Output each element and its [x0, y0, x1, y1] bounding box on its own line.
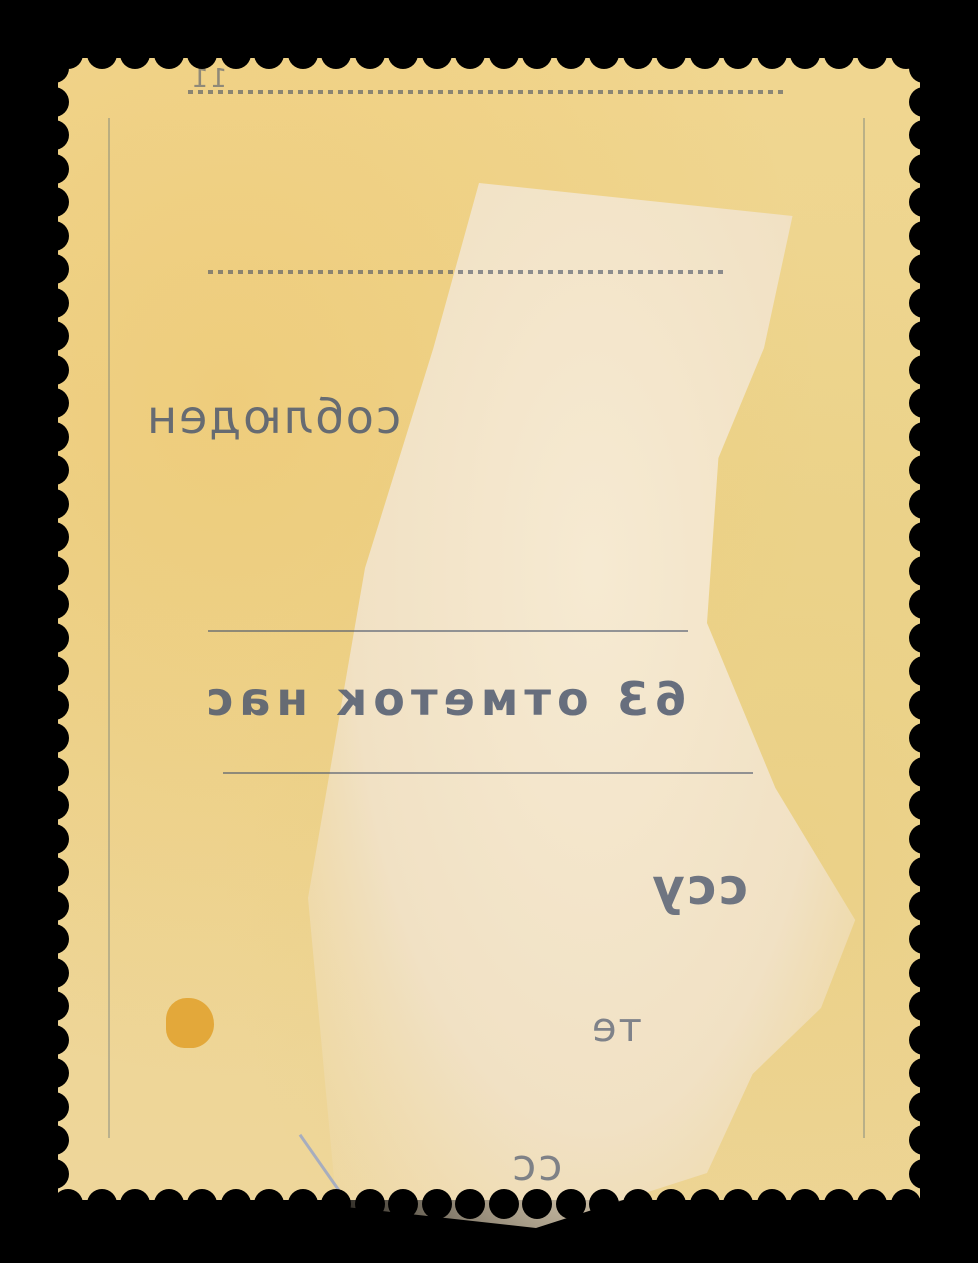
perforation-hole — [909, 556, 939, 586]
perforation-hole — [489, 39, 519, 69]
perforation-hole — [623, 1189, 653, 1219]
perforation-hole — [909, 1092, 939, 1122]
perforation-hole — [39, 723, 69, 753]
perforation-hole — [589, 1189, 619, 1219]
perforation-hole — [39, 623, 69, 653]
perforation-hole — [909, 288, 939, 318]
dotted-rule-upper — [208, 270, 728, 274]
perforation-hole — [39, 924, 69, 954]
perforation-hole — [909, 388, 939, 418]
perforation-hole — [39, 321, 69, 351]
perforation-hole — [656, 39, 686, 69]
mirrored-corner-number: 11 — [190, 64, 227, 94]
perforation-hole — [39, 422, 69, 452]
dotted-rule-top — [188, 90, 788, 94]
perforation-hole — [909, 87, 939, 117]
perforation-hole — [909, 221, 939, 251]
perforation-hole — [355, 1189, 385, 1219]
perforation-hole — [909, 254, 939, 284]
perforation-hole — [909, 991, 939, 1021]
perforation-hole — [39, 254, 69, 284]
perforation-hole — [909, 455, 939, 485]
perforation-hole — [909, 422, 939, 452]
perforation-hole — [909, 1025, 939, 1055]
perforation-hole — [154, 39, 184, 69]
perforation-hole — [221, 39, 251, 69]
perforation-hole — [909, 53, 939, 83]
perforation-hole — [909, 1125, 939, 1155]
perforation-hole — [154, 1189, 184, 1219]
perforation-hole — [623, 39, 653, 69]
perforation-hole — [891, 1189, 921, 1219]
perforation-hole — [39, 187, 69, 217]
perforation-hole — [455, 1189, 485, 1219]
perforation-hole — [388, 1189, 418, 1219]
perforation-hole — [39, 489, 69, 519]
mirrored-text-line-3: ссу — [650, 858, 748, 916]
perforation-hole — [39, 958, 69, 988]
perforation-hole — [39, 556, 69, 586]
perforation-hole — [254, 39, 284, 69]
perforation-hole — [120, 39, 150, 69]
perforation-hole — [53, 1189, 83, 1219]
perforation-hole — [909, 489, 939, 519]
perforation-hole — [589, 39, 619, 69]
perforation-hole — [909, 1159, 939, 1189]
perforation-hole — [39, 857, 69, 887]
perforation-hole — [909, 790, 939, 820]
perforation-hole — [39, 154, 69, 184]
perforation-hole — [39, 824, 69, 854]
perforation-hole — [909, 1058, 939, 1088]
perforation-hole — [656, 1189, 686, 1219]
perforation-hole — [120, 1189, 150, 1219]
perforation-hole — [455, 39, 485, 69]
perforation-hole — [909, 120, 939, 150]
perforation-hole — [39, 221, 69, 251]
perforation-hole — [723, 39, 753, 69]
perforation-hole — [39, 87, 69, 117]
perforation-hole — [39, 690, 69, 720]
perforation-hole — [522, 1189, 552, 1219]
perforation-hole — [522, 39, 552, 69]
perforation-hole — [690, 39, 720, 69]
perforation-hole — [39, 891, 69, 921]
perforation-hole — [187, 39, 217, 69]
mirrored-text-line-4: те — [590, 1005, 642, 1051]
stain-spot — [166, 998, 214, 1048]
mirrored-text-line-5: сс — [510, 1140, 562, 1191]
perforation-hole — [321, 39, 351, 69]
perforation-hole — [909, 958, 939, 988]
mirrored-text-line-1: соблюден — [145, 390, 401, 444]
perforation-hole — [909, 623, 939, 653]
perforation-hole — [288, 39, 318, 69]
perforation-hole — [39, 656, 69, 686]
perforation-hole — [824, 39, 854, 69]
perforation-hole — [39, 1159, 69, 1189]
perforation-hole — [790, 39, 820, 69]
perforation-hole — [556, 39, 586, 69]
perforation-hole — [288, 1189, 318, 1219]
perforation-hole — [556, 1189, 586, 1219]
perforation-hole — [355, 39, 385, 69]
perforation-hole — [909, 187, 939, 217]
perforation-hole — [187, 1189, 217, 1219]
stamp-back — [58, 58, 920, 1200]
perforation-hole — [39, 388, 69, 418]
perforation-hole — [857, 39, 887, 69]
perforation-hole — [39, 1125, 69, 1155]
perforation-hole — [39, 53, 69, 83]
perforation-hole — [39, 1025, 69, 1055]
frame-line-left — [108, 118, 110, 1138]
perforation-hole — [909, 723, 939, 753]
perforation-hole — [39, 790, 69, 820]
rule-lower — [223, 772, 753, 774]
perforation-hole — [39, 1092, 69, 1122]
perforation-hole — [87, 39, 117, 69]
perforation-hole — [489, 1189, 519, 1219]
perforation-hole — [39, 991, 69, 1021]
perforation-hole — [723, 1189, 753, 1219]
perforation-hole — [757, 1189, 787, 1219]
perforation-hole — [909, 321, 939, 351]
perforation-hole — [422, 1189, 452, 1219]
perforation-hole — [39, 288, 69, 318]
rule-middle — [208, 630, 688, 632]
perforation-hole — [909, 824, 939, 854]
perforation-hole — [221, 1189, 251, 1219]
perforation-hole — [422, 39, 452, 69]
perforation-hole — [388, 39, 418, 69]
perforation-hole — [909, 522, 939, 552]
perforation-hole — [909, 154, 939, 184]
perforation-hole — [39, 522, 69, 552]
perforation-hole — [909, 857, 939, 887]
perforation-hole — [254, 1189, 284, 1219]
mirrored-text-line-2: 63 отметок нас — [200, 672, 687, 726]
perforation-hole — [909, 757, 939, 787]
perforation-hole — [909, 924, 939, 954]
perforation-hole — [909, 656, 939, 686]
perforation-hole — [39, 589, 69, 619]
perforation-hole — [909, 690, 939, 720]
perforation-hole — [909, 589, 939, 619]
perforation-hole — [39, 1058, 69, 1088]
frame-line-right — [863, 118, 865, 1138]
perforation-hole — [39, 455, 69, 485]
perforation-hole — [824, 1189, 854, 1219]
perforation-hole — [39, 120, 69, 150]
perforation-hole — [909, 355, 939, 385]
perforation-hole — [790, 1189, 820, 1219]
perforation-hole — [690, 1189, 720, 1219]
perforation-hole — [87, 1189, 117, 1219]
perforation-hole — [39, 355, 69, 385]
perforation-hole — [757, 39, 787, 69]
perforation-hole — [39, 757, 69, 787]
perforation-hole — [909, 891, 939, 921]
perforation-hole — [321, 1189, 351, 1219]
perforation-hole — [857, 1189, 887, 1219]
